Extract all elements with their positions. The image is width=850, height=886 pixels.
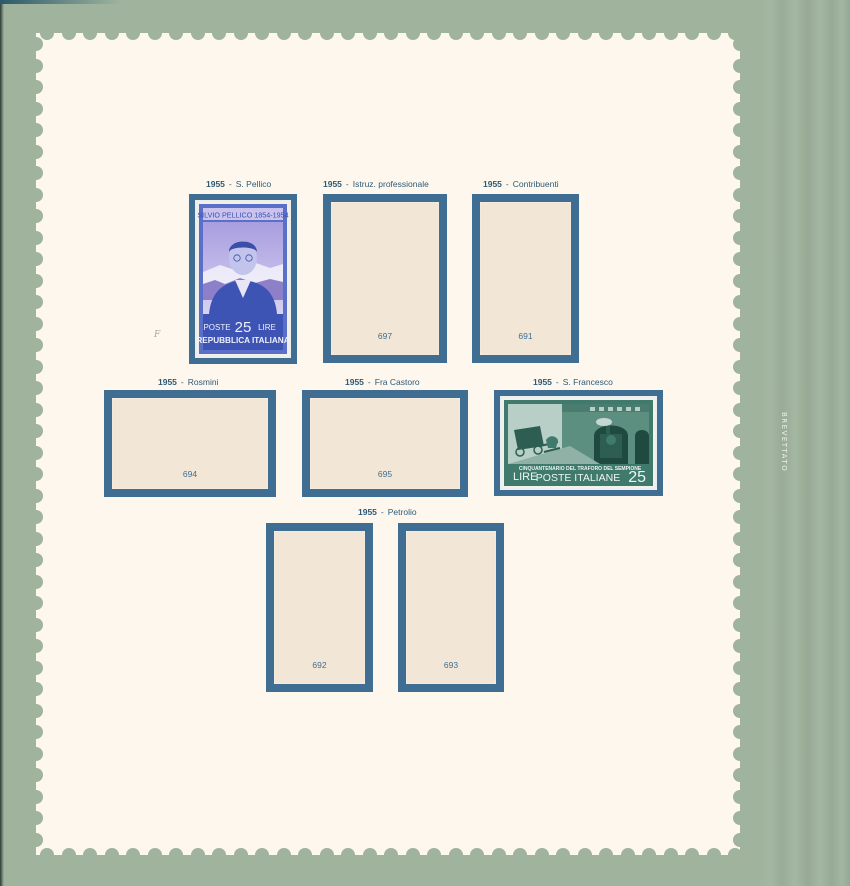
page-perforation <box>470 848 484 862</box>
catalog-number: 697 <box>331 331 439 341</box>
pencil-mark: F <box>154 330 160 340</box>
stamp-silvio-pellico: SILVIO PELLICO 1854-1954 POSTE 25 LIRE R… <box>195 200 291 358</box>
page-perforation <box>733 338 747 352</box>
page-perforation <box>733 833 747 847</box>
page-perforation <box>733 532 747 546</box>
page-perforation <box>29 403 43 417</box>
page-perforation <box>664 26 678 40</box>
page-perforation <box>105 848 119 862</box>
page-perforation <box>733 704 747 718</box>
page-perforation <box>169 26 183 40</box>
page-perforation <box>733 510 747 524</box>
page-perforation <box>733 575 747 589</box>
caption-istruz-professionale: 1955-Istruz. professionale <box>323 179 429 189</box>
mount-window: LIRE CINQUANTENARIO DEL TRAFORO DEL SEMP… <box>500 396 657 490</box>
page-perforation <box>29 338 43 352</box>
page-perforation <box>578 26 592 40</box>
stamp-poste-text: POSTE <box>203 323 230 332</box>
page-perforation <box>733 37 747 51</box>
page-perforation <box>320 26 334 40</box>
page-perforation <box>449 26 463 40</box>
mount-window: 695 <box>310 398 460 489</box>
caption-title: Petrolio <box>388 507 417 517</box>
page-perforation <box>212 848 226 862</box>
page-perforation <box>492 26 506 40</box>
page-perforation <box>29 360 43 374</box>
caption-year: 1955 <box>206 179 225 189</box>
page-perforation <box>148 26 162 40</box>
page-perforation <box>733 446 747 460</box>
page-perforation <box>126 848 140 862</box>
page-perforation <box>733 661 747 675</box>
page-perforation <box>29 123 43 137</box>
page-perforation <box>29 145 43 159</box>
caption-s-francesco: 1955-S. Francesco <box>533 377 613 387</box>
caption-title: S. Pellico <box>236 179 271 189</box>
caption-separator: - <box>368 377 371 387</box>
mount-window: 693 <box>406 531 496 684</box>
caption-year: 1955 <box>533 377 552 387</box>
page-perforation <box>733 639 747 653</box>
catalog-number: 692 <box>274 660 365 670</box>
stamp-currency: LIRE <box>258 323 276 332</box>
stamp-currency: LIRE <box>513 471 537 483</box>
page-perforation <box>29 467 43 481</box>
page-perforation <box>234 848 248 862</box>
caption-title: Contribuenti <box>513 179 559 189</box>
page-perforation <box>191 848 205 862</box>
mount-window: 691 <box>480 202 571 355</box>
page-perforation <box>320 848 334 862</box>
page-perforation <box>29 102 43 116</box>
page-perforation <box>234 26 248 40</box>
page-perforation <box>363 848 377 862</box>
page-perforation <box>255 848 269 862</box>
page-perforation <box>733 231 747 245</box>
page-perforation <box>733 768 747 782</box>
page-perforation <box>40 848 54 862</box>
page-perforation <box>298 848 312 862</box>
page-perforation <box>578 848 592 862</box>
page-perforation <box>29 489 43 503</box>
page-perforation <box>733 553 747 567</box>
page-perforation <box>492 848 506 862</box>
page-perforation <box>535 848 549 862</box>
page-perforation <box>449 848 463 862</box>
page-perforation <box>733 295 747 309</box>
page-perforation <box>29 59 43 73</box>
page-perforation <box>733 381 747 395</box>
page-perforation <box>40 26 54 40</box>
page-perforation <box>707 848 721 862</box>
page-perforation <box>29 768 43 782</box>
page-perforation <box>29 811 43 825</box>
catalog-number: 695 <box>310 469 460 479</box>
page-perforation <box>733 252 747 266</box>
page-perforation <box>733 596 747 610</box>
page-perforation <box>728 848 742 862</box>
page-perforation <box>406 848 420 862</box>
page-perforation <box>29 446 43 460</box>
page-perforation <box>29 532 43 546</box>
page-perforation <box>191 26 205 40</box>
page-perforation <box>29 209 43 223</box>
page-perforation <box>685 26 699 40</box>
page-perforation <box>513 848 527 862</box>
page-perforation <box>277 26 291 40</box>
page-perforation <box>642 26 656 40</box>
caption-s-pellico: 1955-S. Pellico <box>206 179 271 189</box>
page-perforation <box>707 26 721 40</box>
caption-title: Istruz. professionale <box>353 179 429 189</box>
page-perforation <box>29 661 43 675</box>
page-perforation <box>733 811 747 825</box>
caption-petrolio: 1955-Petrolio <box>358 507 417 517</box>
page-perforation <box>29 790 43 804</box>
page-perforation <box>83 848 97 862</box>
mount-window: 694 <box>112 398 268 489</box>
page-perforation <box>29 704 43 718</box>
page-perforation <box>733 467 747 481</box>
page-perforation <box>29 381 43 395</box>
catalog-number: 694 <box>112 469 268 479</box>
page-perforation <box>733 682 747 696</box>
page-perforation <box>29 639 43 653</box>
page-perforation <box>733 747 747 761</box>
page-perforation <box>733 725 747 739</box>
page-perforation <box>733 188 747 202</box>
mount-window: 697 <box>331 202 439 355</box>
stamp-top-text: SILVIO PELLICO 1854-1954 <box>197 211 288 220</box>
page-perforation <box>621 26 635 40</box>
caption-year: 1955 <box>158 377 177 387</box>
caption-title: Rosmini <box>188 377 219 387</box>
page-perforation <box>29 295 43 309</box>
caption-separator: - <box>181 377 184 387</box>
stamp-value: 25 <box>235 319 252 336</box>
page-perforation <box>29 252 43 266</box>
stamp-mount-s-francesco[interactable]: LIRE CINQUANTENARIO DEL TRAFORO DEL SEMP… <box>494 390 663 496</box>
page-perforation <box>664 848 678 862</box>
page-perforation <box>685 848 699 862</box>
caption-separator: - <box>506 179 509 189</box>
page-perforation <box>212 26 226 40</box>
page-perforation <box>29 596 43 610</box>
caption-rosmini: 1955-Rosmini <box>158 377 218 387</box>
page-perforation <box>599 26 613 40</box>
stamp-country: POSTE ITALIANE <box>536 472 620 484</box>
page-perforation <box>733 618 747 632</box>
page-perforation <box>384 26 398 40</box>
page-perforation <box>556 26 570 40</box>
page-perforation <box>29 188 43 202</box>
page-perforation <box>29 725 43 739</box>
page-perforation <box>599 848 613 862</box>
caption-year: 1955 <box>345 377 364 387</box>
page-perforation <box>406 26 420 40</box>
page-perforation <box>62 26 76 40</box>
page-perforation <box>29 575 43 589</box>
page-perforation <box>733 102 747 116</box>
stamp-mount-s-pellico[interactable]: SILVIO PELLICO 1854-1954 POSTE 25 LIRE R… <box>189 194 297 364</box>
page-perforation <box>29 553 43 567</box>
stamp-country: REPUBBLICA ITALIANA <box>196 336 289 345</box>
stamp-traforo-sempione: LIRE CINQUANTENARIO DEL TRAFORO DEL SEMP… <box>500 396 657 490</box>
page-perforation <box>733 317 747 331</box>
page-perforation <box>29 682 43 696</box>
page-perforation <box>733 59 747 73</box>
caption-fra-castoro: 1955-Fra Castoro <box>345 377 420 387</box>
brand-mark: BREVETTATO <box>780 412 788 472</box>
stamp-mount-694[interactable]: 694 <box>104 390 276 497</box>
page-perforation <box>621 848 635 862</box>
catalog-number: 691 <box>480 331 571 341</box>
page-perforation <box>126 26 140 40</box>
page-perforation <box>642 848 656 862</box>
top-edge-shadow <box>0 0 120 4</box>
page-perforation <box>62 848 76 862</box>
stamp-mount-693[interactable]: 693 <box>398 523 504 692</box>
page-perforation <box>733 790 747 804</box>
caption-title: Fra Castoro <box>375 377 420 387</box>
page-perforation <box>733 403 747 417</box>
page-perforation <box>341 26 355 40</box>
caption-contribuenti: 1955-Contribuenti <box>483 179 559 189</box>
page-perforation <box>83 26 97 40</box>
page-perforation <box>513 26 527 40</box>
stamp-value: 25 <box>628 469 646 486</box>
page-perforation <box>733 424 747 438</box>
caption-year: 1955 <box>323 179 342 189</box>
page-perforation <box>733 274 747 288</box>
page-perforation <box>298 26 312 40</box>
page-perforation <box>277 848 291 862</box>
page-perforation <box>29 510 43 524</box>
caption-separator: - <box>556 377 559 387</box>
page-perforation <box>148 848 162 862</box>
page-perforation <box>29 231 43 245</box>
stamp-mount-691[interactable]: 691 <box>472 194 579 363</box>
caption-separator: - <box>229 179 232 189</box>
page-perforation <box>733 489 747 503</box>
page-perforation <box>29 424 43 438</box>
page-perforation <box>29 274 43 288</box>
page-perforation <box>427 848 441 862</box>
page-perforation <box>29 747 43 761</box>
mount-window: SILVIO PELLICO 1854-1954 POSTE 25 LIRE R… <box>197 202 289 356</box>
page-perforation <box>29 166 43 180</box>
page-perforation <box>535 26 549 40</box>
page-perforation <box>341 848 355 862</box>
stamp-mount-692[interactable]: 692 <box>266 523 373 692</box>
page-perforation <box>427 26 441 40</box>
caption-year: 1955 <box>483 179 502 189</box>
page-perforation <box>556 848 570 862</box>
caption-year: 1955 <box>358 507 377 517</box>
page-perforation <box>733 166 747 180</box>
binding-shadow <box>0 0 4 886</box>
caption-separator: - <box>346 179 349 189</box>
stamp-mount-695[interactable]: 695 <box>302 390 468 497</box>
page-perforation <box>105 26 119 40</box>
page-perforation <box>384 848 398 862</box>
page-perforation <box>29 618 43 632</box>
page-perforation <box>29 833 43 847</box>
page-perforation <box>363 26 377 40</box>
catalog-number: 693 <box>406 660 496 670</box>
page-perforation <box>733 145 747 159</box>
page-perforation <box>733 209 747 223</box>
page-perforation <box>733 360 747 374</box>
page-perforation <box>29 37 43 51</box>
stamp-mount-697[interactable]: 697 <box>323 194 447 363</box>
page-perforation <box>470 26 484 40</box>
page-perforation <box>733 80 747 94</box>
caption-separator: - <box>381 507 384 517</box>
caption-title: S. Francesco <box>563 377 613 387</box>
page-perforation <box>255 26 269 40</box>
page-perforation <box>169 848 183 862</box>
mount-window: 692 <box>274 531 365 684</box>
page-perforation <box>29 80 43 94</box>
page-perforation <box>733 123 747 137</box>
page-perforation <box>29 317 43 331</box>
